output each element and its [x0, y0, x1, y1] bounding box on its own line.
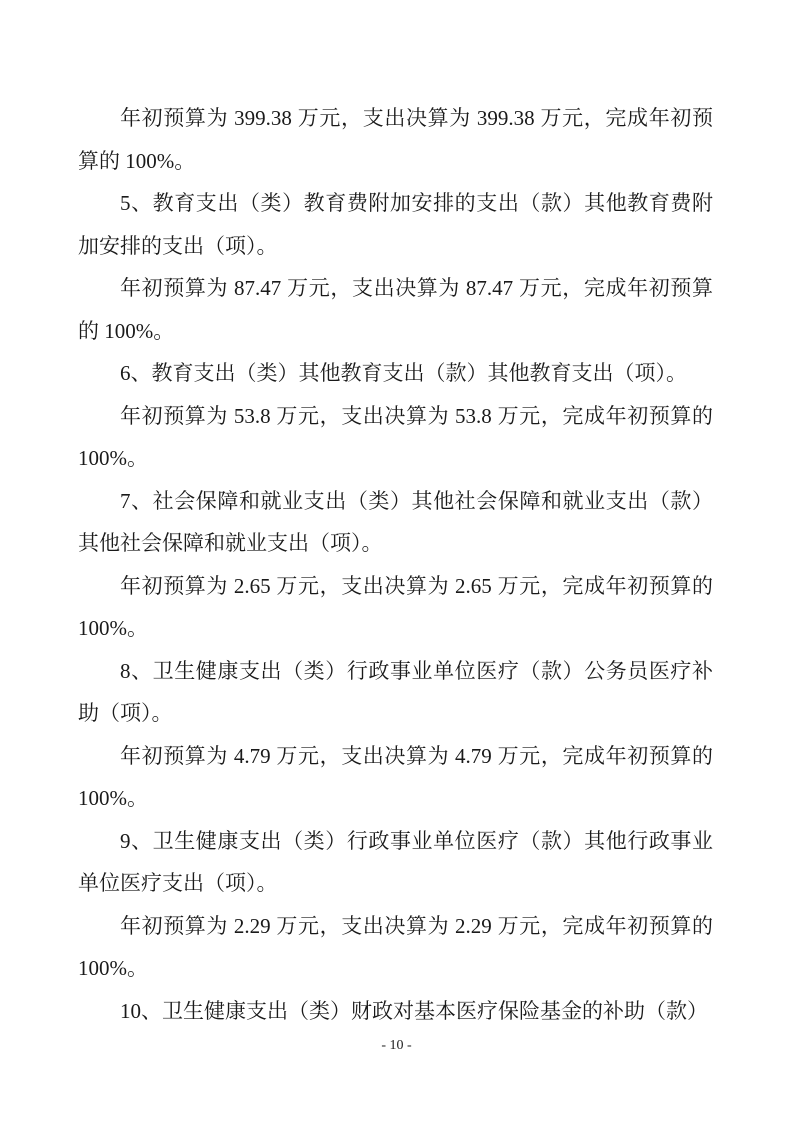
paragraph: 年初预算为 2.65 万元，支出决算为 2.65 万元，完成年初预算的 100%… [78, 565, 713, 650]
page-number: - 10 - [0, 1036, 793, 1056]
paragraph: 年初预算为 399.38 万元，支出决算为 399.38 万元，完成年初预算的 … [78, 97, 713, 182]
paragraph: 年初预算为 2.29 万元，支出决算为 2.29 万元，完成年初预算的 100%… [78, 905, 713, 990]
paragraph: 5、教育支出（类）教育费附加安排的支出（款）其他教育费附加安排的支出（项）。 [78, 182, 713, 267]
paragraph: 6、教育支出（类）其他教育支出（款）其他教育支出（项）。 [78, 352, 713, 395]
paragraph: 年初预算为 87.47 万元，支出决算为 87.47 万元，完成年初预算的 10… [78, 267, 713, 352]
document-body: 年初预算为 399.38 万元，支出决算为 399.38 万元，完成年初预算的 … [78, 97, 713, 1032]
paragraph: 7、社会保障和就业支出（类）其他社会保障和就业支出（款）其他社会保障和就业支出（… [78, 480, 713, 565]
paragraph: 10、卫生健康支出（类）财政对基本医疗保险基金的补助（款） [78, 990, 713, 1033]
document-page: 年初预算为 399.38 万元，支出决算为 399.38 万元，完成年初预算的 … [0, 0, 793, 1122]
paragraph: 9、卫生健康支出（类）行政事业单位医疗（款）其他行政事业单位医疗支出（项）。 [78, 820, 713, 905]
paragraph: 年初预算为 4.79 万元，支出决算为 4.79 万元，完成年初预算的 100%… [78, 735, 713, 820]
paragraph: 8、卫生健康支出（类）行政事业单位医疗（款）公务员医疗补助（项）。 [78, 650, 713, 735]
paragraph: 年初预算为 53.8 万元，支出决算为 53.8 万元，完成年初预算的 100%… [78, 395, 713, 480]
